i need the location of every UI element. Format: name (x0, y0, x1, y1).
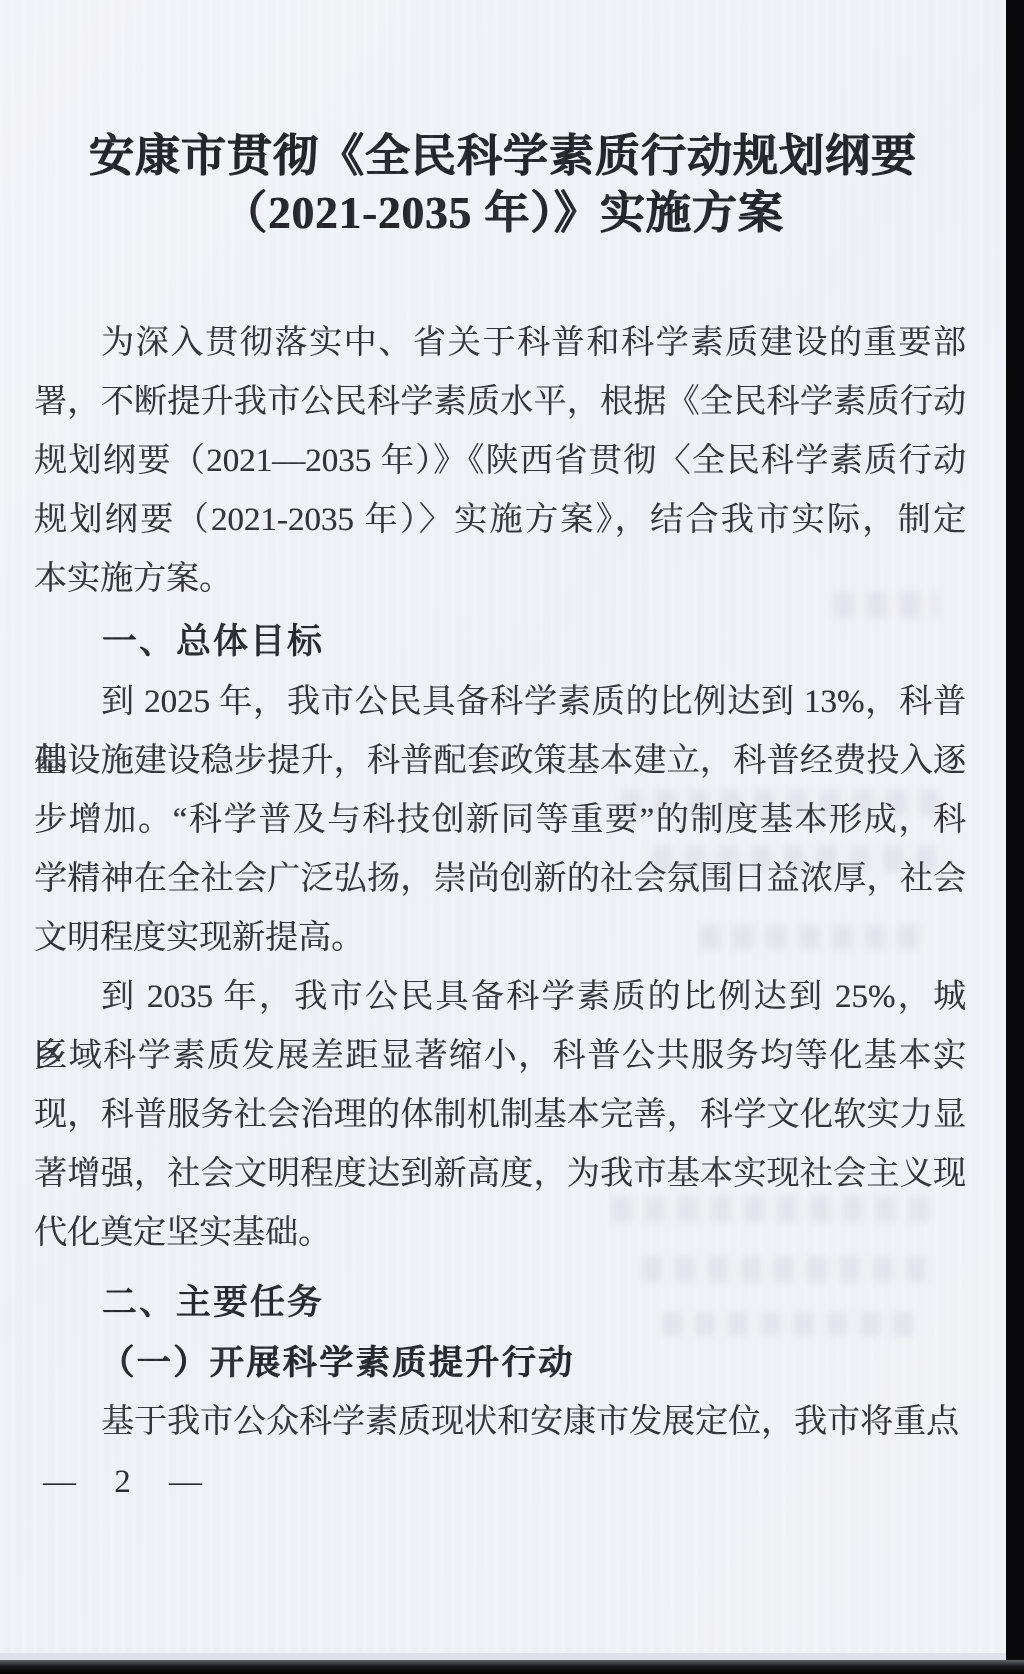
paragraph-line: 础设施建设稳步提升，科普配套政策基本建立，科普经费投入逐 (34, 732, 966, 791)
document-page: 安康市贯彻《全民科学素质行动规划纲要 （2021-2035 年）》实施方案 为深… (0, 0, 1006, 1660)
paragraph-line: 到 2025 年，我市公民具备科学素质的比例达到 13%，科普基 (34, 673, 966, 732)
paragraph-line: 区域科学素质发展差距显著缩小，科普公共服务均等化基本实 (34, 1027, 966, 1086)
paragraph-line: 著增强，社会文明程度达到新高度，为我市基本实现社会主义现 (34, 1145, 966, 1204)
section-heading-1: 一、总体目标 (34, 611, 966, 673)
paragraph-line: 署，不断提升我市公民科学素质水平，根据《全民科学素质行动 (34, 373, 966, 432)
paragraph-line: 文明程度实现新提高。 (34, 909, 966, 968)
document-title: 安康市贯彻《全民科学素质行动规划纲要 （2021-2035 年）》实施方案 (0, 0, 1006, 242)
paragraph-line: 到 2035 年，我市公民具备科学素质的比例达到 25%，城乡、 (34, 968, 966, 1027)
document-title-line2: （2021-2035 年）》实施方案 (0, 185, 1006, 242)
scanned-document-screenshot: 安康市贯彻《全民科学素质行动规划纲要 （2021-2035 年）》实施方案 为深… (0, 0, 1024, 1674)
paragraph-line: 代化奠定坚实基础。 (34, 1204, 966, 1263)
paragraph-line: 为深入贯彻落实中、省关于科普和科学素质建设的重要部 (34, 314, 966, 373)
paragraph-line: 规划纲要（2021-2035 年）〉实施方案》，结合我市实际，制定 (34, 491, 966, 550)
page-number: — 2 — (43, 1462, 202, 1502)
subsection-heading-1: （一）开展科学素质提升行动 (34, 1334, 966, 1393)
scanner-edge-strip (0, 1660, 1024, 1674)
paragraph-line: 现，科普服务社会治理的体制机制基本完善，科学文化软实力显 (34, 1086, 966, 1145)
paragraph-line: 学精神在全社会广泛弘扬，崇尚创新的社会氛围日益浓厚，社会 (34, 850, 966, 909)
paragraph-line: 规划纲要（2021—2035 年）》《陕西省贯彻〈全民科学素质行动 (34, 432, 966, 491)
paragraph-line: 基于我市公众科学素质现状和安康市发展定位，我市将重点 (34, 1393, 966, 1452)
paragraph-line: 本实施方案。 (34, 550, 966, 609)
paragraph-line: 步增加。“科学普及与科技创新同等重要”的制度基本形成，科 (34, 791, 966, 850)
document-title-line1: 安康市贯彻《全民科学素质行动规划纲要 (0, 128, 1006, 185)
section-heading-2: 二、主要任务 (34, 1272, 966, 1334)
document-body: 为深入贯彻落实中、省关于科普和科学素质建设的重要部 署，不断提升我市公民科学素质… (0, 314, 1006, 1452)
